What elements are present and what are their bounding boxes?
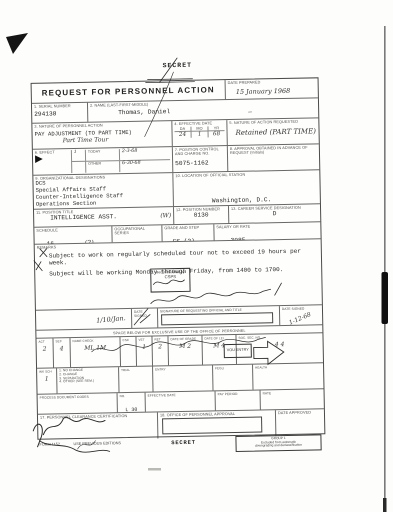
pay-schedule-label: SCHEDULE xyxy=(36,227,109,233)
group-stamp-line3: downgrading and declassification xyxy=(237,444,321,449)
effect-mark-1: 1 xyxy=(72,150,86,161)
eff-month-value: 1 xyxy=(192,132,208,138)
clearance-certification-cell: 17. PERSONNEL CLEARANCE CERTIFICATION xyxy=(38,412,158,440)
effect-mark-2 xyxy=(72,162,86,173)
grid-a1-value: 2 xyxy=(39,346,51,353)
remarks-cell: REMARKS Subject to work on regularly sch… xyxy=(35,239,322,309)
official-station-cell: 10. LOCATION OF OFFICIAL STATION Washing… xyxy=(173,170,320,206)
organization-cell: 9. ORGANIZATIONAL DESIGNATIONS DCS Speci… xyxy=(33,173,174,209)
classification-stamp-bottom: SECRET xyxy=(151,438,215,446)
pay-schedule-value: 16 xyxy=(47,241,55,244)
date-prepared-value: 15 January 1968 xyxy=(236,87,316,97)
date-approved-label: DATE APPROVED xyxy=(278,410,322,415)
pay-series-label: OCCUPATIONAL SERIES xyxy=(114,226,159,235)
position-number-value: 0130 xyxy=(176,211,226,219)
career-service-cell: 13. CAREER SERVICE DESIGNATION D xyxy=(229,204,320,223)
grid-notes-cell: 1. NO CHANGE 2. CHANGE 3. SEPARATION 4. … xyxy=(57,367,119,393)
classification-stamp-top: SECRET xyxy=(142,61,212,69)
grid-a5-value: 1 xyxy=(139,344,150,351)
pay-series-cell: OCCUPATIONAL SERIES 2931.25 xyxy=(112,225,162,242)
grid-a3-label: NAME CHECK xyxy=(72,338,117,343)
eff-day-value: 24 xyxy=(175,132,191,138)
serial-number-value: 294138 xyxy=(34,110,85,118)
effect-grid: 1 TODAY 2-3-68 OTHER 6-30-68 xyxy=(71,148,170,173)
effective-date-year-col: YR 68 xyxy=(208,126,224,138)
grid-c2-value: L 30 xyxy=(125,407,137,412)
serial-number-label: 1. SERIAL NUMBER xyxy=(34,104,85,109)
grid-a5-label: VET xyxy=(138,338,149,342)
organization-row: 9. ORGANIZATIONAL DESIGNATIONS DCS Speci… xyxy=(33,170,320,209)
eff-year-value: 68 xyxy=(209,132,225,138)
prior-approval-cell: 8. APPROVAL OBTAINED IN ADVANCE OF REQUE… xyxy=(228,144,319,171)
career-service-value: D xyxy=(231,210,318,219)
nature-of-action-handwritten: Part Time Tour xyxy=(63,135,170,144)
right-arrow-marker-icon: ▶ xyxy=(35,154,69,165)
grid-b5-label: HEALTH xyxy=(255,364,321,369)
pay-grade-cell: GRADE AND STEP GS (2) xyxy=(162,224,214,241)
date-signed-right-cell: DATE SIGNED 1-12-68 xyxy=(280,305,322,325)
requesting-official-signature-box xyxy=(161,312,273,325)
requesting-official-cell: SIGNATURE OF REQUESTING OFFICIAL AND TIT… xyxy=(158,306,280,327)
action-requested-label: 5. NATURE OF ACTION REQUESTED xyxy=(229,119,316,125)
effect-opt-2: OTHER xyxy=(86,161,120,173)
grid-a7-value: M 2 xyxy=(171,343,200,351)
grid-a7-label: DATE OF GRADE xyxy=(170,337,199,342)
remarks-row: REMARKS Subject to work on regularly sch… xyxy=(35,239,322,310)
recommended-stamp-line2: CSPS xyxy=(151,274,189,280)
personnel-action-form: REQUEST FOR PERSONNEL ACTION DATE PREPAR… xyxy=(31,77,326,439)
position-number-cell: 12. POSITION NUMBER 0130 xyxy=(174,206,229,224)
grid-b1-value: 1 xyxy=(39,376,54,383)
charge-number-label: 7. POSITION CONTROL AND CHARGE NO. xyxy=(175,147,225,156)
effective-date-cell: 4. EFFECTIVE DATE DA 24 MO 1 YR 68 xyxy=(172,120,227,146)
pay-grade-label: GRADE AND STEP xyxy=(164,225,211,230)
grid-note-4: 4. OTHER (SEE REM.) xyxy=(59,380,116,385)
action-requested-value: Retained (PART TIME) xyxy=(235,128,316,138)
pay-salary-cell: SALARY OR RATE 3985 xyxy=(214,222,320,240)
grid-a1-label: ACT xyxy=(39,340,51,344)
name-dash-mark: — xyxy=(248,109,252,116)
serial-number-cell: 1. SERIAL NUMBER 294138 xyxy=(32,103,88,123)
nature-of-action-cell: 3. NATURE OF PERSONNEL ACTION PAY ADJUST… xyxy=(32,121,172,149)
date-prepared-cell: DATE PREPARED 15 January 1968 xyxy=(226,78,318,99)
effect-cell: 6. EFFECT ▶ 1 TODAY 2-3-68 OTHER 6-30-68 xyxy=(33,147,173,175)
grid-c5-label: RATE xyxy=(263,390,322,395)
effective-date-month-col: MO 1 xyxy=(191,127,208,139)
official-station-value: Washington, D.C. xyxy=(212,196,272,204)
date-approved-cell: DATE APPROVED xyxy=(276,409,324,436)
recommended-stamp: Recommended by CSPS xyxy=(150,268,190,293)
grid-a9-label: SOC. SEC. NO. xyxy=(238,334,320,340)
grid-b1-label: WK SCH xyxy=(39,369,54,373)
grid-b3-label: ENTRY xyxy=(155,366,210,371)
effective-date-day-col: DA 24 xyxy=(174,127,191,139)
position-title-annotation: (W) xyxy=(160,212,171,219)
remarks-line-1: Subject to work on regularly scheduled t… xyxy=(49,248,319,267)
official-station-label: 10. LOCATION OF OFFICIAL STATION xyxy=(175,171,317,178)
signature-date-note: 1/10/Jan. xyxy=(96,314,126,325)
effective-date-table: DA 24 MO 1 YR 68 xyxy=(174,126,224,138)
charge-number-cell: 7. POSITION CONTROL AND CHARGE NO. 5075-… xyxy=(173,146,228,172)
position-title-value: INTELLIGENCE ASST. xyxy=(50,213,117,221)
grid-b4-label: FEGLI xyxy=(215,366,250,371)
grid-c4-label: PAY PERIOD xyxy=(218,392,258,397)
personnel-approval-cell: 18. OFFICE OF PERSONNEL APPROVAL xyxy=(158,410,276,438)
grid-a6-label: RET xyxy=(154,337,165,341)
effect-opt-1: TODAY xyxy=(86,149,120,161)
grid-b2-label: TRIAL xyxy=(121,368,150,373)
form-title: REQUEST FOR PERSONNEL ACTION xyxy=(42,85,215,97)
grid-a2-label: SEP xyxy=(56,339,68,343)
vou-entry-stamp: VOU ENTRY xyxy=(224,344,252,359)
personnel-approval-signature-box xyxy=(162,416,262,434)
date-signed-cell: DATE SIGNED xyxy=(132,308,158,327)
form-title-cell: REQUEST FOR PERSONNEL ACTION xyxy=(32,80,226,103)
grid-c2-label: NO. xyxy=(120,394,143,399)
date-signed-label: DATE SIGNED xyxy=(134,309,155,318)
scanned-document-page: { "page": { "classification_top": "SECRE… xyxy=(0,0,393,512)
pay-salary-label: SALARY OR RATE xyxy=(216,223,318,229)
group1-declassification-stamp: GROUP 1 Excluded from automatic downgrad… xyxy=(235,434,321,452)
grid-c1-label: PROCESS DOCUMENT CODES xyxy=(40,394,115,400)
effect-row-other: OTHER 6-30-68 xyxy=(72,160,170,173)
clearance-certification-label: 17. PERSONNEL CLEARANCE CERTIFICATION xyxy=(40,414,155,420)
grid-a3-value: ML 1M xyxy=(73,344,118,352)
scanned-form: SECRET REQUEST FOR PERSONNEL ACTION DATE… xyxy=(0,0,393,512)
grid-a6-value: 2 xyxy=(155,343,166,350)
form-number: FORM 1152 xyxy=(39,442,59,446)
form-edition-note: USE PREVIOUS EDITIONS xyxy=(73,441,121,446)
action-requested-cell: 5. NATURE OF ACTION REQUESTED Retained (… xyxy=(227,118,318,145)
grid-c3-label: EFFECTIVE DATE xyxy=(148,392,213,397)
name-value: Thomas, Daniel xyxy=(118,106,316,117)
effect-date-1: 2-3-68 xyxy=(120,148,170,160)
date-prepared-label: DATE PREPARED xyxy=(228,79,316,85)
pay-schedule-cell: SCHEDULE 16 (2) xyxy=(34,226,112,243)
charge-number-value: 5075-1162 xyxy=(175,160,225,168)
grid-a4-label: CSC xyxy=(122,338,133,342)
position-title-cell: 11. POSITION TITLE INTELLIGENCE ASST. (W… xyxy=(34,207,174,227)
grid-a8-label: DATE OF LEI xyxy=(204,336,233,341)
signature-left-cell: 1/10/Jan. xyxy=(36,309,132,330)
vou-entry-stamp-text: VOU ENTRY xyxy=(225,348,251,352)
grid-a2-value: 4 xyxy=(56,345,68,352)
prior-approval-label: 8. APPROVAL OBTAINED IN ADVANCE OF REQUE… xyxy=(230,145,310,155)
effect-date-2: 6-30-68 xyxy=(120,160,170,172)
